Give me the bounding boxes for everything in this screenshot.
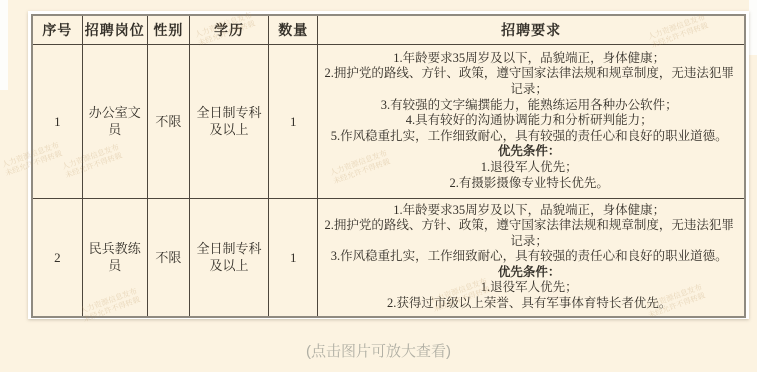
cell-count: 1 bbox=[269, 44, 318, 198]
recruitment-table-image[interactable]: 序号 招聘岗位 性别 学历 数量 招聘要求 1 办公室文员 不限 全日制专科及以… bbox=[28, 11, 749, 319]
requirements-list: 1.年龄要求35周岁及以下，品貌端正，身体健康；2.拥护党的路线、方针、政策，遵… bbox=[322, 203, 736, 265]
cell-position: 办公室文员 bbox=[82, 44, 147, 198]
cell-serial-no: 1 bbox=[32, 44, 82, 198]
requirement-line: 2.获得过市级以上荣誉、具有军事体育特长者优先。 bbox=[322, 296, 736, 312]
header-gender: 性别 bbox=[147, 15, 189, 44]
requirement-line: 1.退役军人优先； bbox=[322, 160, 736, 176]
requirement-line: 3.作风稳重扎实，工作细致耐心，具有较强的责任心和良好的职业道德。 bbox=[322, 249, 736, 265]
recruitment-table: 序号 招聘岗位 性别 学历 数量 招聘要求 1 办公室文员 不限 全日制专科及以… bbox=[31, 14, 746, 318]
cell-count: 1 bbox=[269, 198, 318, 317]
image-caption: (点击图片可放大查看) bbox=[0, 340, 757, 361]
requirement-line: 3.有较强的文字编撰能力，能熟练运用各种办公软件； bbox=[322, 98, 736, 114]
requirement-line: 4.具有较好的沟通协调能力和分析研判能力； bbox=[322, 113, 736, 129]
page-edge-left bbox=[0, 0, 8, 90]
priority-list: 1.退役军人优先；2.有摄影摄像专业特长优先。 bbox=[322, 160, 736, 191]
cell-requirements: 1.年龄要求35周岁及以下，品貌端正，身体健康；2.拥护党的路线、方针、政策，遵… bbox=[318, 198, 745, 317]
priority-title: 优先条件： bbox=[322, 144, 736, 160]
header-education: 学历 bbox=[189, 15, 268, 44]
requirement-line: 2.拥护党的路线、方针、政策，遵守国家法律法规和规章制度，无违法犯罪记录； bbox=[322, 66, 736, 97]
requirement-line: 1.年龄要求35周岁及以下，品貌端正，身体健康； bbox=[322, 51, 736, 67]
priority-list: 1.退役军人优先；2.获得过市级以上荣誉、具有军事体育特长者优先。 bbox=[322, 280, 736, 311]
cell-gender: 不限 bbox=[147, 198, 189, 317]
header-serial-no: 序号 bbox=[32, 15, 82, 44]
table-header-row: 序号 招聘岗位 性别 学历 数量 招聘要求 bbox=[32, 15, 745, 44]
requirement-line: 1.退役军人优先； bbox=[322, 280, 736, 296]
cell-requirements: 1.年龄要求35周岁及以下，品貌端正，身体健康；2.拥护党的路线、方针、政策，遵… bbox=[318, 44, 745, 198]
cell-gender: 不限 bbox=[147, 44, 189, 198]
cell-education: 全日制专科及以上 bbox=[189, 198, 268, 317]
page-edge-right bbox=[749, 0, 757, 55]
requirement-line: 2.拥护党的路线、方针、政策，遵守国家法律法规和规章制度，无违法犯罪记录； bbox=[322, 218, 736, 249]
cell-education: 全日制专科及以上 bbox=[189, 44, 268, 198]
table-row: 2 民兵教练员 不限 全日制专科及以上 1 1.年龄要求35周岁及以下，品貌端正… bbox=[32, 198, 745, 317]
cell-position: 民兵教练员 bbox=[82, 198, 147, 317]
cell-serial-no: 2 bbox=[32, 198, 82, 317]
priority-title: 优先条件： bbox=[322, 265, 736, 281]
requirement-line: 2.有摄影摄像专业特长优先。 bbox=[322, 176, 736, 192]
header-position: 招聘岗位 bbox=[82, 15, 147, 44]
header-count: 数量 bbox=[269, 15, 318, 44]
requirements-list: 1.年龄要求35周岁及以下，品貌端正，身体健康；2.拥护党的路线、方针、政策，遵… bbox=[322, 51, 736, 145]
requirement-line: 5.作风稳重扎实，工作细致耐心，具有较强的责任心和良好的职业道德。 bbox=[322, 129, 736, 145]
requirement-line: 1.年龄要求35周岁及以下，品貌端正，身体健康； bbox=[322, 203, 736, 219]
table-row: 1 办公室文员 不限 全日制专科及以上 1 1.年龄要求35周岁及以下，品貌端正… bbox=[32, 44, 745, 198]
header-requirements: 招聘要求 bbox=[318, 15, 745, 44]
